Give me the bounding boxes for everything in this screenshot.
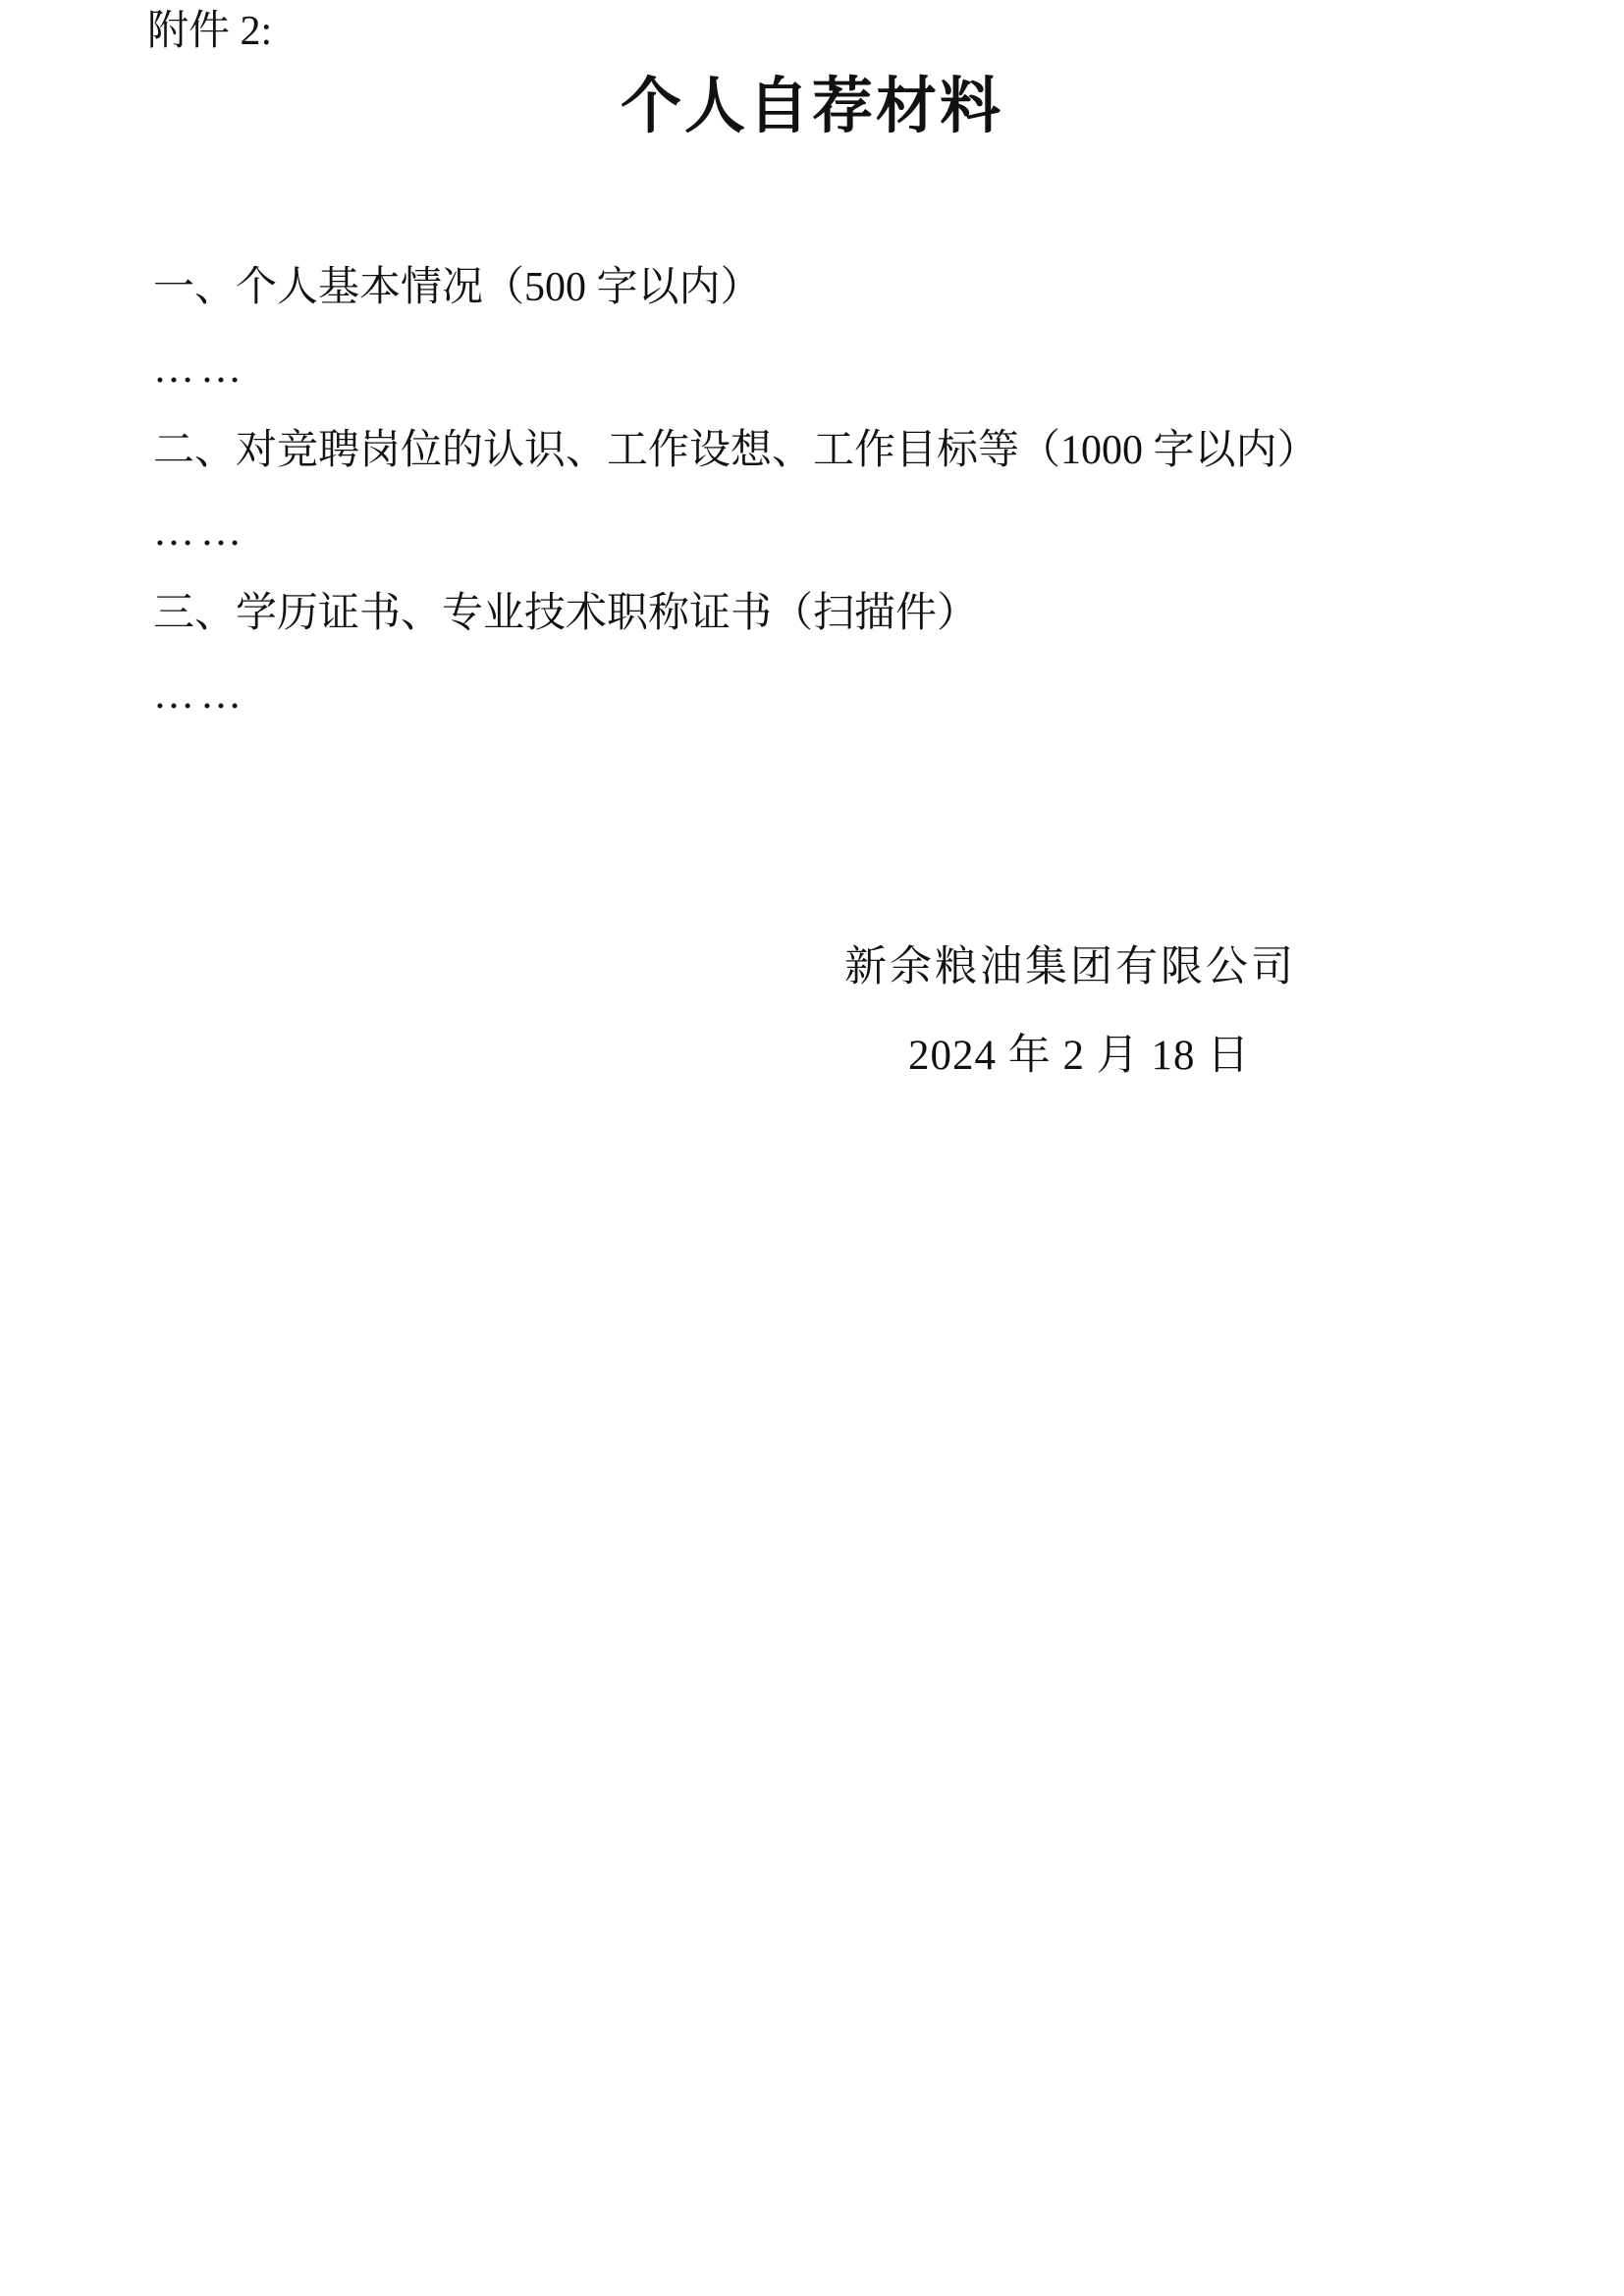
document-page: 附件 2: 个人自荐材料 一、个人基本情况（500 字以内） …… 二、对竞聘岗… (0, 0, 1624, 2296)
signature-company: 新余粮油集团有限公司 (844, 940, 1296, 995)
document-body: 一、个人基本情况（500 字以内） …… 二、对竞聘岗位的认识、工作设想、工作目… (153, 247, 1526, 736)
ellipsis-placeholder-1: …… (153, 329, 1526, 410)
list-item-1: 一、个人基本情况（500 字以内） (153, 247, 1526, 329)
signature-date: 2024 年 2 月 18 日 (908, 1029, 1250, 1084)
ellipsis-placeholder-2: …… (153, 492, 1526, 573)
list-item-2: 二、对竞聘岗位的认识、工作设想、工作目标等（1000 字以内） (153, 410, 1526, 492)
ellipsis-placeholder-3: …… (153, 655, 1526, 736)
page-title: 个人自荐材料 (0, 69, 1624, 145)
attachment-label: 附件 2: (147, 6, 272, 57)
list-item-3: 三、学历证书、专业技术职称证书（扫描件） (153, 573, 1526, 655)
